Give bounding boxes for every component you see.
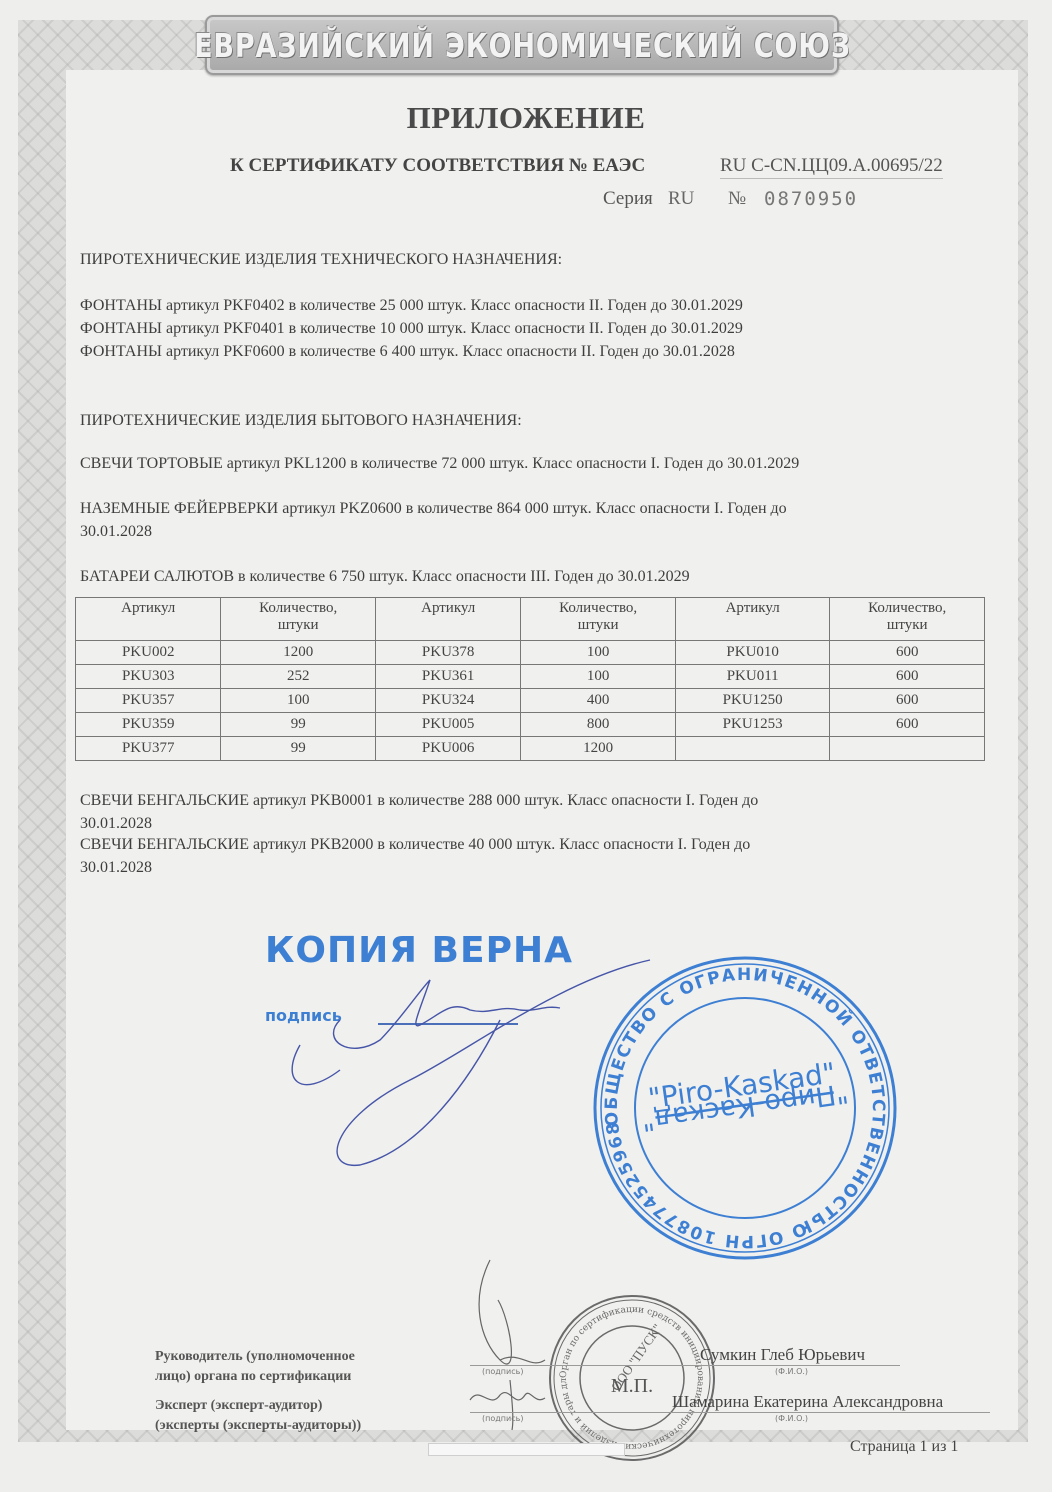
sparkler-item-date: 30.01.2028 xyxy=(80,857,152,879)
cell-article: PKU378 xyxy=(375,641,520,665)
form-number-value: 0870950 xyxy=(764,188,858,210)
certificate-number: RU C-CN.ЦЦ09.А.00695/22 xyxy=(720,155,943,179)
cell-quantity: 400 xyxy=(521,689,676,713)
technical-heading: ПИРОТЕХНИЧЕСКИЕ ИЗДЕЛИЯ ТЕХНИЧЕСКОГО НАЗ… xyxy=(80,249,562,271)
sparkler-item-date: 30.01.2028 xyxy=(80,813,152,835)
cell-article: PKU303 xyxy=(76,665,221,689)
cell-article: PKU377 xyxy=(76,737,221,761)
footer-security-strip xyxy=(428,1443,625,1456)
expert-name: Шамарина Екатерина Александровна xyxy=(672,1392,943,1412)
signature-line xyxy=(378,1023,518,1025)
cell-article: PKU361 xyxy=(375,665,520,689)
cell-quantity xyxy=(830,737,985,761)
certificate-label: К СЕРТИФИКАТУ СООТВЕТСТВИЯ № ЕАЭС xyxy=(230,155,645,177)
technical-item: ФОНТАНЫ артикул PKF0401 в количестве 10 … xyxy=(80,318,743,340)
cell-quantity: 100 xyxy=(221,689,376,713)
signature-label: подпись xyxy=(265,1006,342,1025)
cell-quantity: 1200 xyxy=(521,737,676,761)
household-batteries: БАТАРЕИ САЛЮТОВ в количестве 6 750 штук.… xyxy=(80,566,690,588)
cell-quantity: 1200 xyxy=(221,641,376,665)
banner-text: ЕВРАЗИЙСКИЙ ЭКОНОМИЧЕСКИЙ СОЮЗ xyxy=(194,26,851,65)
cell-article: PKU011 xyxy=(675,665,830,689)
cell-article: PKU002 xyxy=(76,641,221,665)
cell-quantity: 600 xyxy=(830,689,985,713)
cell-article: PKU1253 xyxy=(675,713,830,737)
col-header-article: Артикул xyxy=(76,598,221,641)
expert-role: Эксперт (эксперт-аудитор) (эксперты (экс… xyxy=(155,1396,361,1436)
household-ground-fireworks-date: 30.01.2028 xyxy=(80,521,152,543)
table-row: PKU0021200PKU378100PKU010600 xyxy=(76,641,985,665)
technical-item: ФОНТАНЫ артикул PKF0402 в количестве 25 … xyxy=(80,295,743,317)
head-role: Руководитель (уполномоченное лицо) орган… xyxy=(155,1347,355,1387)
expert-signature-caption: (подпись) xyxy=(482,1414,523,1423)
cell-article: PKU006 xyxy=(375,737,520,761)
cell-quantity: 99 xyxy=(221,737,376,761)
head-signature-caption: (подпись) xyxy=(482,1367,523,1376)
expert-name-caption: (Ф.И.О.) xyxy=(775,1414,808,1423)
table-row: PKU35999PKU005800PKU1253600 xyxy=(76,713,985,737)
technical-item: ФОНТАНЫ артикул PKF0600 в количестве 6 4… xyxy=(80,341,735,363)
cell-quantity: 600 xyxy=(830,713,985,737)
household-heading: ПИРОТЕХНИЧЕСКИЕ ИЗДЕЛИЯ БЫТОВОГО НАЗНАЧЕ… xyxy=(80,410,522,432)
cell-article: PKU005 xyxy=(375,713,520,737)
series-value: RU xyxy=(668,188,694,210)
cell-quantity: 100 xyxy=(521,665,676,689)
cell-quantity: 100 xyxy=(521,641,676,665)
sparkler-item: СВЕЧИ БЕНГАЛЬСКИЕ артикул PKB0001 в коли… xyxy=(80,790,758,812)
form-number-label: № xyxy=(728,188,746,210)
cell-quantity: 600 xyxy=(830,641,985,665)
cell-article: PKU010 xyxy=(675,641,830,665)
col-header-article: Артикул xyxy=(675,598,830,641)
cell-quantity: 252 xyxy=(221,665,376,689)
head-name: Сумкин Глеб Юрьевич xyxy=(700,1345,865,1365)
table-row: PKU37799PKU0061200 xyxy=(76,737,985,761)
cell-quantity: 600 xyxy=(830,665,985,689)
cell-quantity: 99 xyxy=(221,713,376,737)
cell-article: PKU324 xyxy=(375,689,520,713)
table-header-row: Артикул Количество,штуки Артикул Количес… xyxy=(76,598,985,641)
series-label: Серия xyxy=(603,188,653,210)
col-header-quantity: Количество,штуки xyxy=(221,598,376,641)
eaeu-banner: ЕВРАЗИЙСКИЙ ЭКОНОМИЧЕСКИЙ СОЮЗ xyxy=(205,15,839,75)
expert-signature-line xyxy=(470,1412,990,1413)
cell-article xyxy=(675,737,830,761)
copy-verified-stamp: КОПИЯ ВЕРНА xyxy=(265,930,573,971)
household-ground-fireworks: НАЗЕМНЫЕ ФЕЙЕРВЕРКИ артикул PKZ0600 в ко… xyxy=(80,498,787,520)
col-header-quantity: Количество,штуки xyxy=(830,598,985,641)
sparkler-item: СВЕЧИ БЕНГАЛЬСКИЕ артикул PKB2000 в коли… xyxy=(80,834,750,856)
batteries-table: Артикул Количество,штуки Артикул Количес… xyxy=(75,597,985,761)
page-number: Страница 1 из 1 xyxy=(850,1438,958,1456)
table-row: PKU357100PKU324400PKU1250600 xyxy=(76,689,985,713)
cell-quantity: 800 xyxy=(521,713,676,737)
col-header-quantity: Количество,штуки xyxy=(521,598,676,641)
page-title: ПРИЛОЖЕНИЕ xyxy=(0,100,1052,136)
col-header-article: Артикул xyxy=(375,598,520,641)
table-row: PKU303252PKU361100PKU011600 xyxy=(76,665,985,689)
cell-article: PKU1250 xyxy=(675,689,830,713)
head-signature-line xyxy=(470,1365,900,1366)
cell-article: PKU357 xyxy=(76,689,221,713)
household-candles: СВЕЧИ ТОРТОВЫЕ артикул PKL1200 в количес… xyxy=(80,453,799,475)
cell-article: PKU359 xyxy=(76,713,221,737)
head-name-caption: (Ф.И.О.) xyxy=(775,1367,808,1376)
